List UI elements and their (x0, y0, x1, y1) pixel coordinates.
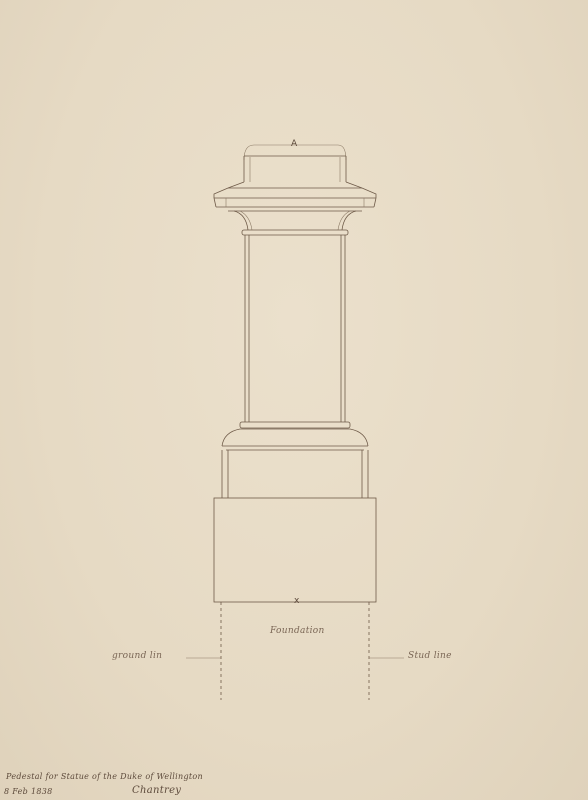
foundation-mark: x (294, 596, 299, 606)
die-shaft (245, 235, 345, 422)
top-block (244, 145, 346, 182)
plinth (222, 450, 368, 498)
caption-date: 8 Feb 1838 (4, 787, 53, 796)
pedestal-elevation-drawing (0, 0, 588, 800)
caption-title: Pedestal for Statue of the Duke of Welli… (6, 772, 203, 781)
right-line-label: Stud line (408, 651, 452, 661)
drawing-sheet: A x Foundation ground lin Stud line Pede… (0, 0, 588, 800)
ground-line-label: ground lin (112, 651, 162, 661)
foundation-label: Foundation (270, 626, 325, 636)
base-moulding (222, 422, 368, 450)
top-mark: A (291, 139, 297, 149)
foundation-block (214, 498, 376, 602)
cornice (214, 182, 376, 235)
signature: Chantrey (132, 785, 181, 796)
